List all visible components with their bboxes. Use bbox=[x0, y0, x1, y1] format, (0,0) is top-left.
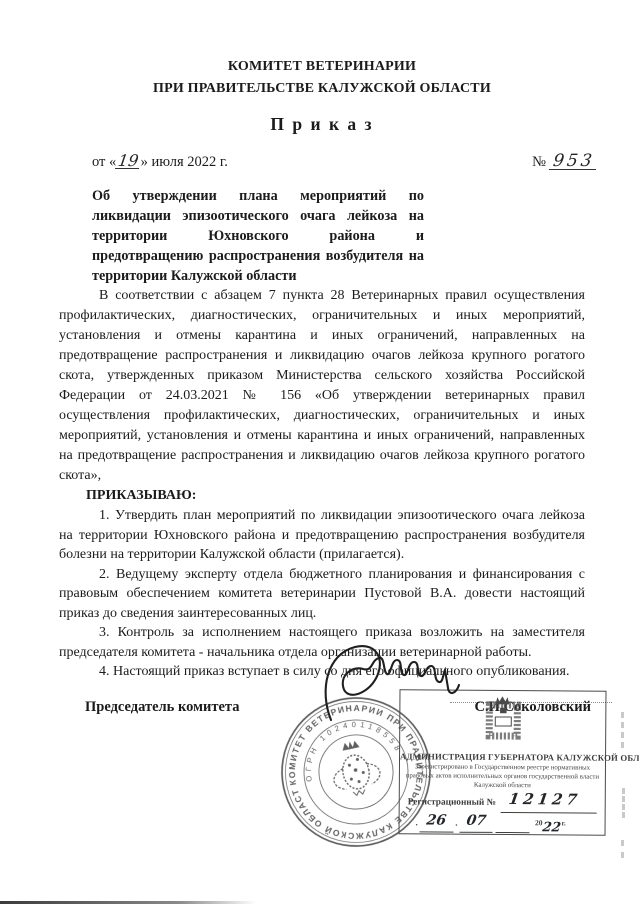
org-name-line2: ПРИ ПРАВИТЕЛЬСТВЕ КАЛУЖСКОЙ ОБЛАСТИ bbox=[59, 78, 585, 100]
handwritten-day: 19 bbox=[115, 154, 141, 169]
stamp-reg-underline: 12127 bbox=[501, 792, 597, 814]
scan-artifact-right-1 bbox=[621, 712, 624, 748]
date-close-quote: » bbox=[141, 154, 148, 170]
date-number-row: от «19» июля 2022 г. № 953 bbox=[59, 152, 585, 172]
subject-paragraph: Об утверждении плана мероприятий по ликв… bbox=[92, 186, 424, 286]
date-line: от «19» июля 2022 г. bbox=[59, 152, 228, 172]
handwritten-reg-number: 12127 bbox=[508, 793, 582, 806]
date-rest: июля 2022 г. bbox=[148, 154, 228, 170]
number-sign: № bbox=[532, 154, 546, 170]
scan-artifact-right-2 bbox=[622, 788, 625, 818]
document-type-title: П р и к а з bbox=[59, 112, 585, 136]
seal-coat-of-arms-icon bbox=[327, 738, 384, 800]
kaluga-crest-icon bbox=[481, 694, 525, 746]
stamp-text-line3: Калужской области bbox=[400, 780, 605, 790]
scan-artifact-bottom bbox=[0, 901, 256, 904]
stamp-date-dot2: . bbox=[455, 813, 457, 833]
order-item-2: 2. Ведущему эксперту отдела бюджетного п… bbox=[59, 565, 585, 624]
handwritten-signature bbox=[315, 638, 465, 733]
handwritten-number: 953 bbox=[548, 154, 598, 170]
document-number: № 953 bbox=[532, 152, 597, 172]
stamp-date-month-underline: 07 bbox=[459, 812, 493, 833]
document-content: КОМИТЕТ ВЕТЕРИНАРИИ ПРИ ПРАВИТЕЛЬСТВЕ КА… bbox=[0, 0, 639, 717]
document-page: КОМИТЕТ ВЕТЕРИНАРИИ ПРИ ПРАВИТЕЛЬСТВЕ КА… bbox=[0, 0, 639, 905]
handwritten-stamp-month: 07 bbox=[466, 815, 487, 827]
preamble-paragraph: В соответствии с абзацем 7 пункта 28 Вет… bbox=[59, 286, 585, 486]
stamp-date-day-underline: 26 bbox=[420, 811, 454, 832]
stamp-date-row: . 26 . 07 2022 г. bbox=[414, 811, 597, 833]
handwritten-stamp-year: 22 bbox=[542, 822, 562, 833]
handwritten-stamp-day: 26 bbox=[426, 814, 447, 826]
stamp-registration-row: Регистрационный № 12127 bbox=[408, 791, 597, 813]
resolve-word: ПРИКАЗЫВАЮ: bbox=[86, 486, 585, 506]
stamp-reg-label: Регистрационный № bbox=[408, 792, 496, 813]
signer-title: Председатель комитета bbox=[85, 697, 239, 717]
order-item-1: 1. Утвердить план мероприятий по ликвида… bbox=[59, 506, 585, 565]
stamp-date-blank-underline bbox=[496, 832, 530, 833]
scan-artifact-right-3 bbox=[621, 840, 624, 858]
stamp-year-suffix: г. bbox=[562, 813, 566, 833]
date-prefix: от « bbox=[92, 154, 116, 170]
stamp-date-dot1: . bbox=[416, 812, 418, 832]
org-name-line1: КОМИТЕТ ВЕТЕРИНАРИИ bbox=[59, 56, 585, 78]
